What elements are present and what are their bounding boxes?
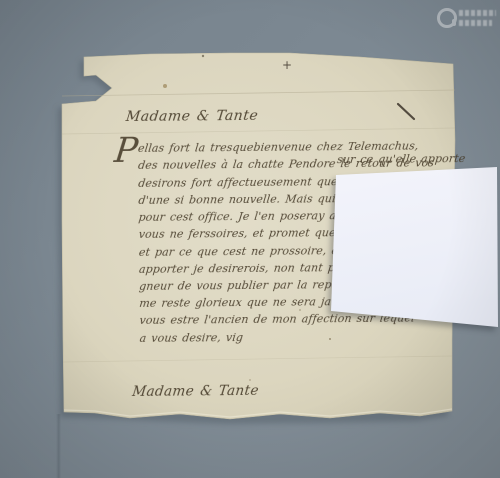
- watermark: [435, 5, 497, 35]
- letter-line: des nouvelles à la chatte Pendore le ret…: [137, 156, 434, 172]
- watermark-text-line: [459, 10, 496, 16]
- letter-line: a vous desire, vig: [139, 331, 244, 345]
- letter-line: vous estre l'ancien de mon affection sur…: [139, 312, 416, 327]
- letter-line: vous ne ferssoires, et promet que je ne …: [138, 226, 401, 241]
- letter-line: me reste glorieux que ne sera jamais en …: [139, 295, 400, 310]
- letter-line: d'une si bonne nouvelle. Mais qui que, e…: [138, 191, 440, 207]
- letter-line: desirons fort affectueusement que cette …: [138, 174, 452, 190]
- watermark-text-line: [459, 20, 492, 26]
- letter-line: pour cest office. Je l'en poseray a ce q…: [138, 209, 391, 224]
- letter-line: et par ce que cest ne prossoire, et vous…: [138, 244, 404, 259]
- letter-line: gneur de vous publier par la repetition …: [138, 277, 431, 293]
- handwriting-layer: Madame & Tante P ellas fort la tresquebi…: [0, 0, 500, 478]
- letter-line: apporter je desirerois, non tant pour cr…: [138, 261, 408, 276]
- letter-closing: Madame & Tante: [131, 383, 259, 400]
- letter-salutation: Madame & Tante: [125, 108, 259, 125]
- photo-stage: + Madame & Tante P ellas fort la tresque…: [0, 0, 500, 478]
- circle-a-logo-icon: [437, 8, 457, 28]
- letter-drop-cap: P: [112, 131, 140, 171]
